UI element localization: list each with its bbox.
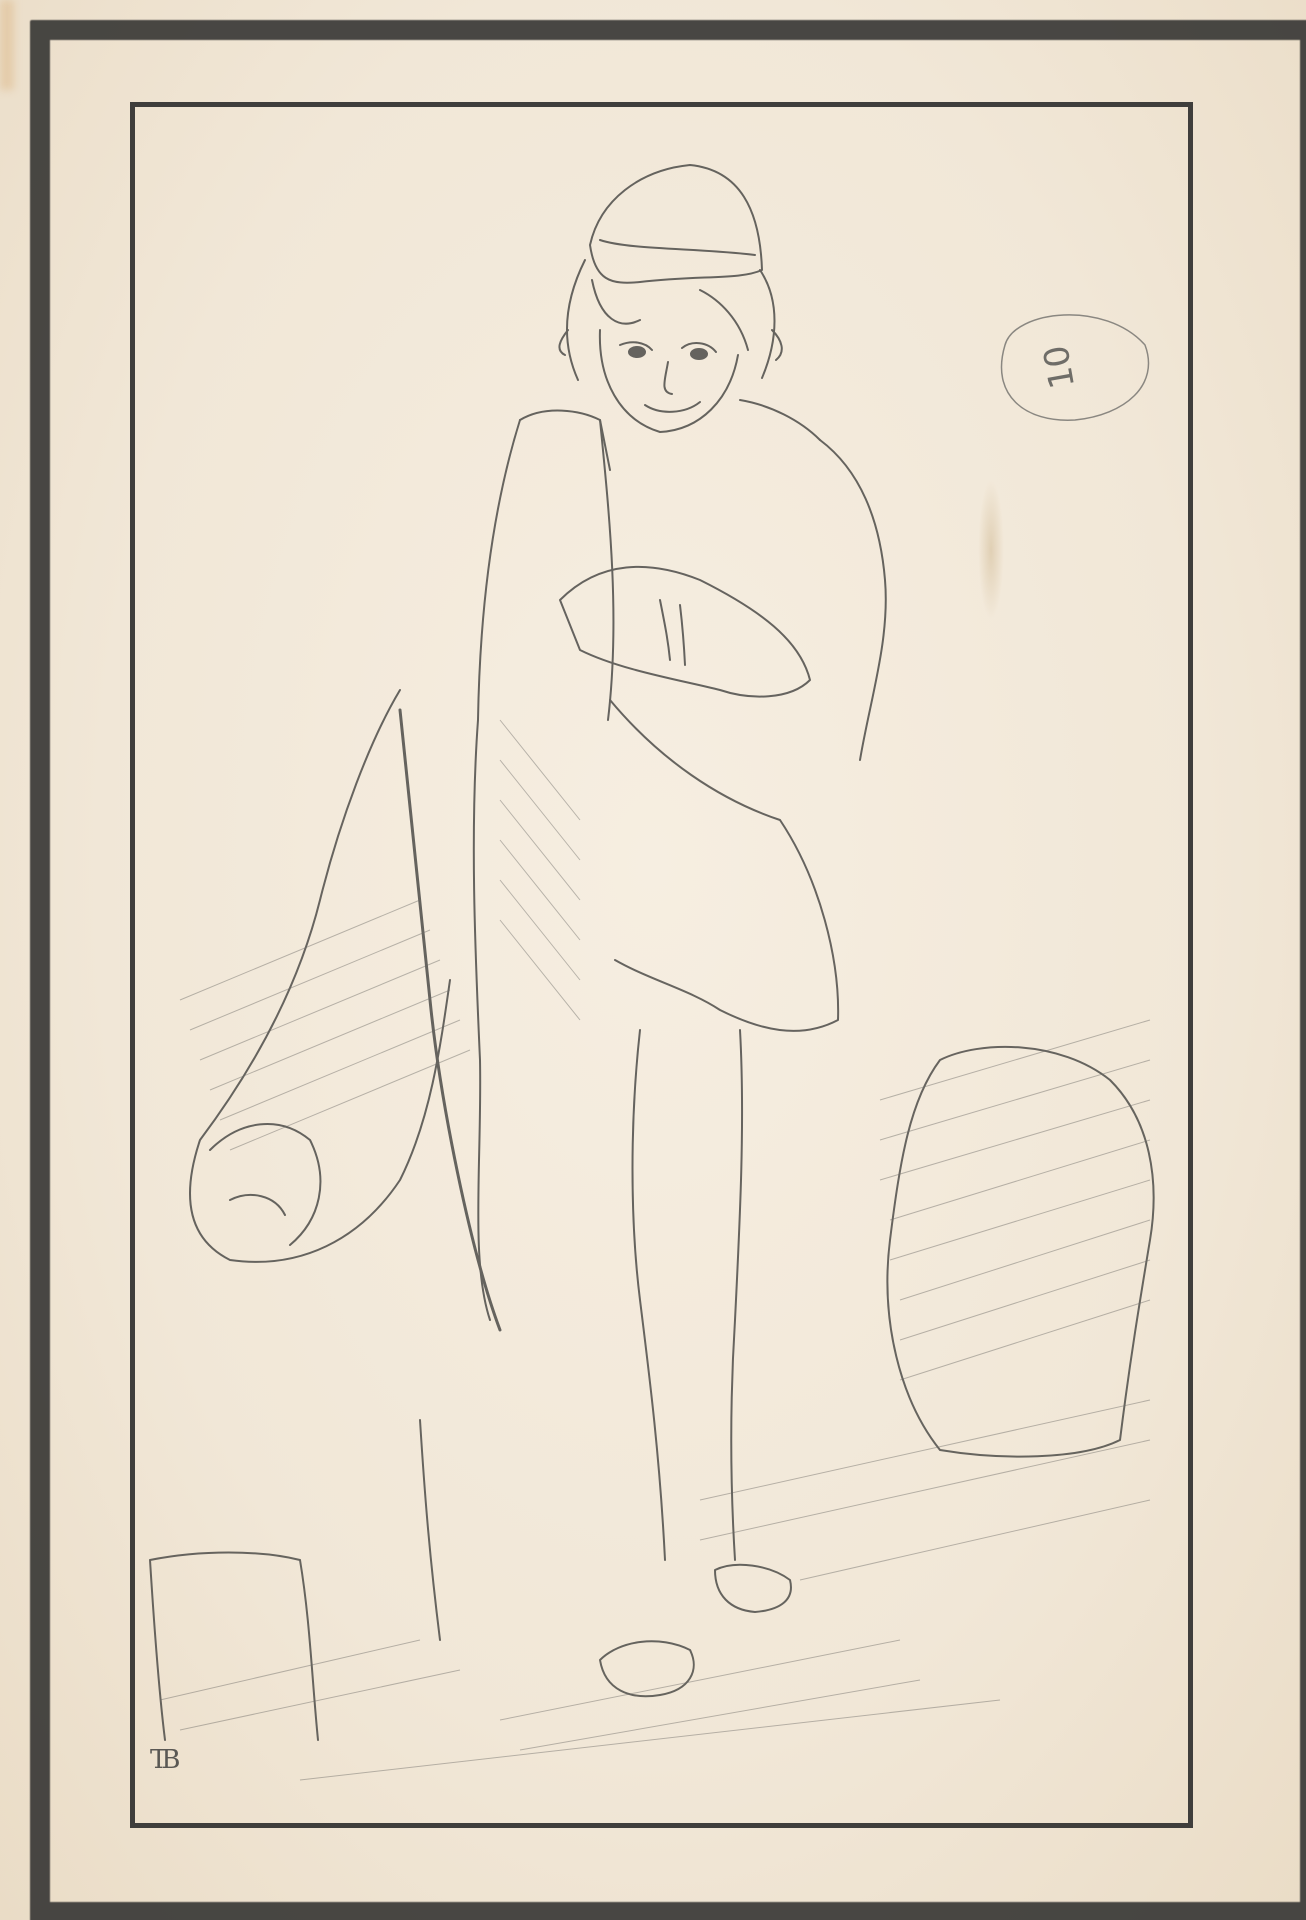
sleeve (560, 567, 810, 697)
haystack (887, 1047, 1153, 1457)
left-foot (600, 1641, 694, 1696)
cap (590, 165, 762, 283)
artist-monogram: TB (150, 1745, 174, 1775)
hair (567, 260, 775, 380)
coat (474, 420, 520, 1320)
collar (520, 400, 820, 470)
right-foot (715, 1565, 791, 1612)
pencil-drawing (0, 0, 1306, 1920)
tunic (610, 700, 838, 1031)
legs (633, 1030, 743, 1560)
staff (400, 710, 500, 1330)
inventory-number: 10 (1036, 342, 1083, 392)
